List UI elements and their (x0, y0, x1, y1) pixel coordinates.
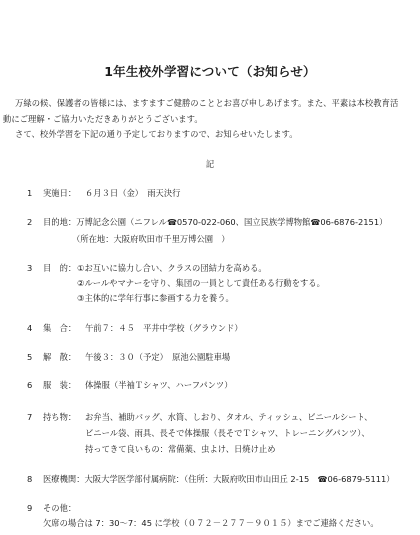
item-label: 実施日： (43, 189, 76, 197)
phone-icon: ☎ (310, 219, 320, 227)
item-label: 目 的： (43, 264, 76, 272)
item-label: 解 散： (43, 353, 76, 361)
item-label: 目的地： (43, 217, 76, 227)
item-label: 集 合： (43, 324, 76, 332)
phone-icon: ☎ (318, 476, 328, 484)
item-value: 午前７：４５ 平井中学校（グラウンド） (85, 324, 243, 332)
item-number: 4 (27, 324, 32, 332)
belongings-line-1: お弁当、補助バッグ、水筒、しおり、タオル、ティッシュ、ビニールシート、 (85, 413, 372, 421)
item-8-line: 医療機関：大阪大学医学部付属病院：（住所：大阪府吹田市山田丘 2-15 ☎06-… (43, 475, 395, 484)
belongings-line-2: ビニール袋、雨具、長そで体操服（長そでＴシャツ、トレーニングパンツ）、 (85, 429, 370, 437)
item-number: 7 (27, 413, 32, 421)
hospital-text: 大阪大学医学部付属病院：（住所：大阪府吹田市山田丘 2-15 (85, 474, 318, 484)
item-label: その他： (43, 504, 76, 512)
item-2-line: 目的地：万博記念公園（ニフレル☎0570-022-060、国立民族学博物館☎06… (43, 218, 387, 227)
absence-contact-note: 欠席の場合は 7：30～7：45 に学校（０７２－２７７－９０１５）までご連絡く… (43, 519, 379, 527)
document-title: 1年生校外学習について（お知らせ） (0, 66, 420, 79)
item-label: 医療機関： (43, 474, 85, 484)
phone-number-2: 06-6876-2151） (320, 217, 387, 227)
item-number: 1 (27, 189, 32, 197)
item-number: 2 (27, 218, 32, 226)
intro-line-2: 動にご理解・ご協力いただきありがとうございます。 (3, 115, 203, 123)
item-number: 5 (27, 353, 32, 361)
belongings-line-3: 持ってきて良いもの：常備薬、虫よけ、日焼け止め (85, 445, 276, 453)
destination-text: 万博記念公園（ニフレル (76, 217, 167, 227)
phone-icon: ☎ (167, 219, 177, 227)
ki-heading: 記 (0, 160, 420, 168)
item-number: 6 (27, 381, 32, 389)
hospital-phone: 06-6879-5111） (328, 474, 395, 484)
item-value: 体操服（半袖Ｔシャツ、ハーフパンツ） (85, 381, 233, 389)
purpose-line-2: ②ルールやマナーを守り、集団の一員として責任ある行動をする。 (77, 279, 325, 287)
intro-line-3: さて、校外学習を下記の通り予定しておりますので、お知らせいたします。 (15, 130, 298, 138)
item-number: 3 (27, 264, 32, 272)
item-value: 午後３：３０（予定） 原池公園駐車場 (85, 353, 230, 361)
item-label: 持ち物： (43, 413, 76, 421)
item-label: 服 装： (43, 381, 76, 389)
item-number: 9 (27, 504, 32, 512)
purpose-line-3: ③主体的に学年行事に参画する力を養う。 (77, 294, 234, 302)
item-sub: （所在地：大阪府吹田市千里万博公園 ） (72, 235, 230, 243)
item-value: ６月３日（金） 雨天決行 (85, 189, 180, 197)
item-number: 8 (27, 475, 32, 483)
phone-number-1: 0570-022-060、国立民族学博物館 (177, 217, 310, 227)
intro-line-1: 万緑の候、保護者の皆様には、ますますご健勝のこととお喜び申しあげます。また、平素… (15, 99, 398, 107)
purpose-line-1: ①お互いに協力し合い、クラスの団結力を高める。 (77, 264, 267, 272)
